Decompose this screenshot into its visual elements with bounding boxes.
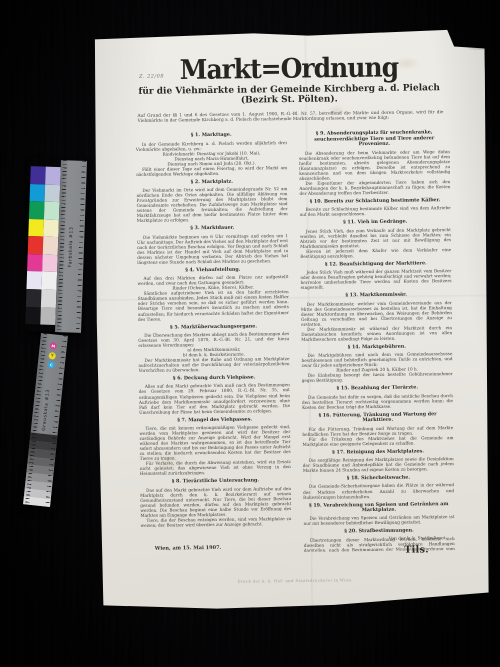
section-body: Die Gemeinde hat dafür zu sorgen, daß di… [302, 393, 453, 410]
paragraph: Die Gemeinde hat dafür zu sorgen, daß di… [302, 393, 453, 410]
paragraph: Jenes Stück Vieh, das zum Verkaufe auf d… [300, 227, 451, 249]
gray-calibration-strip: MYC Grauskala #13 [23, 333, 68, 507]
paragraph: Die Viehmärkte beginnen um 6 Uhr vormitt… [137, 233, 288, 265]
paragraph: Tiere, die der Beschau entzogen werden, … [140, 516, 291, 528]
ordinance-section: § 9. Absonderungsplatz für seuchenkranke… [299, 130, 451, 195]
dateline: Wien, am 15. Mai 1907. [155, 545, 222, 552]
section-body: Das auf den Markt gebrachte Vieh wird vo… [140, 486, 291, 528]
color-calibration-strip: Farbskala #13 [25, 159, 87, 333]
ordinance-section: § 15. Bezahlung der Tierärzte. Die Gemei… [302, 385, 453, 409]
ordinance-section: § 17. Reinigung des Marktplatzes. Die so… [303, 449, 454, 473]
gray-step-8 [23, 496, 51, 507]
paragraph: Die Absonderung der beim Viehmarkte oder… [299, 149, 450, 181]
ordinance-section: § 11. Vieh im Gedränge. Jenes Stück Vieh… [300, 219, 451, 258]
paragraph: Die Verabreichung von Speisen und Geträn… [303, 514, 454, 526]
magenta-tint-patch [42, 254, 58, 272]
paragraph: Tiere, die mit keinem ordnungsmäßigen Vi… [139, 424, 290, 461]
document-subtitle: für die Viehmärkte in der Gemeinde Kirch… [123, 83, 455, 108]
section-heading: § 6. Deckung durch Viehpässe. [141, 375, 288, 382]
patch-row-green [29, 201, 60, 220]
ordinance-section: § 2. Marktplatz. Der Viehmarkt im Orte w… [136, 179, 288, 223]
ink-dot-c: C [47, 361, 55, 369]
section-body: Die Marktgebühren sind nach dem vom Geme… [301, 351, 452, 383]
ordinance-section: § 3. Marktdauer. Die Viehmärkte beginnen… [137, 226, 288, 265]
patch-row-dark-gray [26, 289, 57, 308]
section-heading: § 8. Tierärztliche Untersuchung. [142, 478, 289, 485]
section-body: Die Verabreichung von Speisen und Geträn… [303, 514, 454, 526]
two-column-body: § 1. Markttage. In der Gemeinde Kirchber… [136, 126, 455, 554]
patch-row-cyan [30, 184, 61, 203]
color-strip-label: Farbskala #13 [68, 226, 74, 267]
section-heading: § 15. Bezahlung der Tierärzte. [304, 385, 451, 392]
magenta-patch [27, 254, 43, 272]
section-body: Alles auf den Markt gebrachte Vieh muß n… [139, 382, 290, 414]
gray-strip-label: Grauskala #13 [42, 373, 53, 431]
ink-dot-m: M [49, 342, 57, 350]
dark-gray-tint-patch [41, 289, 57, 307]
paragraph: Für die Tränkung des Marktviehes hat die… [302, 435, 453, 447]
corner-fold [450, 28, 484, 50]
paragraph: Jedes Stück Vieh muß während der ganzen … [300, 268, 451, 290]
document-intro: Auf Grund der §§ 1 und 6 des Gesetzes vo… [137, 110, 443, 124]
patch-row-white [26, 271, 57, 290]
left-column: § 1. Markttage. In der Gemeinde Kirchber… [136, 128, 292, 554]
section-body: Für die Fütterung, Tränkung und Wartung … [302, 425, 453, 447]
document-title: Markt=Ordnung [93, 53, 485, 85]
black-tint-patch [40, 307, 56, 325]
section-body: Die Absonderung der beim Viehmarkte oder… [299, 149, 451, 196]
violet-patch [30, 166, 46, 184]
section-heading: § 2. Marktplatz. [138, 179, 285, 186]
paragraph: Sämtliches aufgetriebene Vieh ist an den… [138, 289, 289, 321]
paragraph: Die Gemeinde-Sicherheitsorgane haben die… [303, 483, 454, 500]
dark-gray-patch [26, 289, 42, 307]
paragraph: Fällt einer dieser Tage auf einen Feiert… [136, 165, 287, 177]
photo-background: Farbskala #13 MYC Grauskala #13 Z. 22/08… [0, 0, 500, 667]
section-heading: § 14. Marktgebühren. [303, 344, 450, 351]
section-heading: § 1. Markttage. [138, 132, 285, 139]
ordinance-section: § 6. Deckung durch Viehpässe. Alles auf … [139, 375, 290, 414]
ordinance-section: § 12. Beaufsichtigung der Markttiere. Je… [300, 261, 451, 290]
paragraph: Der Marktkommissär, welcher vom Gemeinde… [301, 300, 452, 327]
paragraph: Für Verluste, die durch die Abweisung en… [140, 459, 291, 476]
signature-name: Tils. [404, 544, 429, 555]
paragraph: Hievon ist jederzeit dem Käufer wie dem … [300, 247, 451, 259]
section-body: Jedes Stück Vieh muß während der ganzen … [300, 268, 451, 290]
section-body: Die sorgfältige Reinigung des Marktplatz… [303, 456, 454, 473]
ordinance-section: § 8. Tierärztliche Untersuchung. Das auf… [140, 478, 292, 527]
red-tint-patch [43, 237, 59, 255]
section-body: Die Überwachung des Marktes obliegt nach… [138, 331, 289, 373]
patch-row-black [25, 306, 56, 325]
ordinance-section: § 19. Verabreichung von Speisen und Getr… [303, 502, 454, 527]
section-body: Der Marktkommissär, welcher vom Gemeinde… [301, 300, 452, 342]
paragraph: Der Marktkommissär ist während der Markt… [301, 325, 452, 342]
gray-scale-steps [23, 433, 57, 507]
section-heading: § 10. Bereits zur Schlachtung bestimmte … [302, 198, 449, 205]
section-heading: § 16. Fütterung, Tränkung und Wartung de… [304, 412, 451, 425]
ordinance-section: § 7. Mangel des Viehpasses. Tiere, die m… [139, 417, 291, 476]
section-heading: § 7. Mangel des Viehpasses. [141, 417, 288, 424]
violet-tint-patch [45, 167, 61, 185]
paragraph: Die Eigentümer der abgesonderten Tiere h… [299, 179, 450, 196]
ordinance-section: § 16. Fütterung, Tränkung und Wartung de… [302, 412, 453, 447]
red-patch [28, 236, 44, 254]
patch-row-yellow [28, 219, 59, 238]
black-patch [25, 306, 41, 324]
section-heading: § 12. Beaufsichtigung der Markttiere. [302, 261, 449, 268]
white-patch [26, 271, 42, 289]
ordinance-section: § 18. Sicherheitswache. Die Gemeinde-Sic… [303, 475, 454, 499]
section-heading: § 17. Reinigung des Marktplatzes. [305, 449, 452, 456]
section-body: Die Gemeinde-Sicherheitsorgane haben die… [303, 483, 454, 500]
section-heading: § 4. Viehaufstellung. [139, 267, 286, 274]
ordinance-section: § 20. Strafbestimmungen. Übertretungen d… [304, 528, 455, 554]
ordinance-section: § 4. Viehaufstellung. Auf den drei Märkt… [137, 267, 289, 321]
printer-imprint: Druck der k. k. Hof- und Staatsdruckerei… [99, 576, 491, 586]
paragraph: Bereits zur Schlachtung bestimmte Kälber… [300, 205, 451, 217]
paragraph: Die Einhebung besorgt der hiezu bestellt… [302, 371, 453, 383]
section-heading: § 3. Marktdauer. [139, 226, 286, 233]
paragraph: Das auf den Markt gebrachte Vieh wird vo… [140, 486, 291, 518]
cyan-patch [30, 184, 46, 202]
section-body: Tiere, die mit keinem ordnungsmäßigen Vi… [139, 424, 291, 476]
ordinance-section: § 1. Markttage. In der Gemeinde Kirchber… [136, 132, 288, 176]
color-strip-ruler: Farbskala #13 [55, 160, 87, 333]
ordinance-section: § 14. Marktgebühren. Die Marktgebühren s… [301, 344, 452, 383]
ink-dot-y: Y [48, 352, 56, 360]
right-column: § 9. Absonderungsplatz für seuchenkranke… [299, 126, 455, 552]
section-heading: § 20. Strafbestimmungen. [306, 529, 453, 536]
gray-strip-dots: MYC [47, 342, 57, 369]
white-tint-patch [41, 272, 57, 290]
section-heading: § 19. Verabreichung von Speisen und Getr… [305, 502, 452, 515]
section-heading: § 5. Marktüberwachungsorgane. [140, 324, 287, 331]
patch-row-violet [30, 166, 61, 185]
signature-authority: Von der k. k. Statthalterei: [389, 536, 447, 542]
section-body: Jenes Stück Vieh, das zum Verkaufe auf d… [300, 227, 451, 259]
ordinance-section: § 5. Marktüberwachungsorgane. Die Überwa… [138, 324, 290, 373]
yellow-tint-patch [43, 219, 59, 237]
section-heading: § 11. Vieh im Gedränge. [302, 219, 449, 226]
patch-row-red [28, 236, 59, 255]
cyan-tint-patch [45, 184, 61, 202]
section-body: Der Viehmarkt im Orte wird auf dem Gemei… [136, 186, 287, 223]
section-heading: § 18. Sicherheitswache. [305, 475, 452, 482]
yellow-patch [28, 219, 44, 237]
section-body: Bereits zur Schlachtung bestimmte Kälber… [300, 205, 451, 217]
green-patch [29, 201, 45, 219]
document-paper: Z. 22/08 Markt=Ordnung für die Viehmärkt… [92, 28, 491, 613]
patch-row-magenta [27, 254, 58, 273]
paragraph: Der Marktkommissär hat die Ruhe und Ordn… [138, 356, 289, 373]
section-body: Die Viehmärkte beginnen um 6 Uhr vormitt… [137, 233, 288, 265]
paragraph: Alles auf den Markt gebrachte Vieh muß n… [139, 382, 290, 414]
section-heading: § 9. Absonderungsplatz für seuchenkranke… [301, 130, 448, 148]
green-tint-patch [44, 202, 60, 220]
paragraph: Der Viehmarkt im Orte wird auf dem Gemei… [136, 186, 287, 223]
section-body: In der Gemeinde Kirchberg a. d. Pielach … [136, 140, 287, 177]
ordinance-section: § 13. Marktkommissär. Der Marktkommissär… [301, 292, 453, 341]
paragraph: Die sorgfältige Reinigung des Marktplatz… [303, 456, 454, 473]
ordinance-section: § 10. Bereits zur Schlachtung bestimmte … [300, 198, 451, 217]
